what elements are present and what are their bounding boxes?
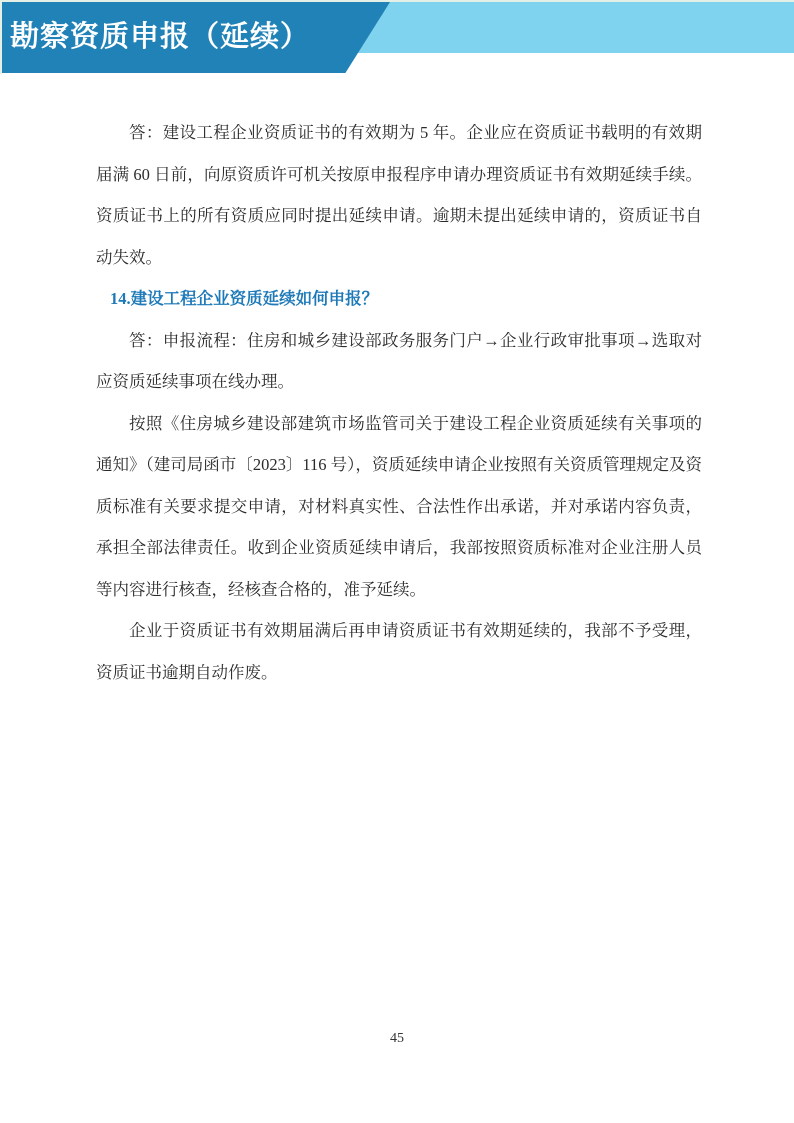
answer-paragraph-process: 答：申报流程：住房和城乡建设部政务服务门户→企业行政审批事项→选取对应资质延续事…: [96, 320, 702, 403]
page-number: 45: [0, 1031, 794, 1047]
document-page: 勘察资质申报（延续） 答：建设工程企业资质证书的有效期为 5 年。企业应在资质证…: [0, 0, 794, 1123]
answer-paragraph-validity: 答：建设工程企业资质证书的有效期为 5 年。企业应在资质证书载明的有效期届满 6…: [96, 112, 702, 278]
page-title: 勘察资质申报（延续）: [10, 20, 310, 54]
page-left-edge: [0, 0, 2, 74]
answer-paragraph-notice: 按照《住房城乡建设部建筑市场监管司关于建设工程企业资质延续有关事项的通知》（建司…: [96, 403, 702, 611]
answer-paragraph-overdue: 企业于资质证书有效期届满后再申请资质证书有效期延续的，我部不予受理，资质证书逾期…: [96, 610, 702, 693]
question-14-heading: 14.建设工程企业资质延续如何申报？: [96, 278, 702, 320]
document-body: 答：建设工程企业资质证书的有效期为 5 年。企业应在资质证书载明的有效期届满 6…: [96, 112, 702, 693]
